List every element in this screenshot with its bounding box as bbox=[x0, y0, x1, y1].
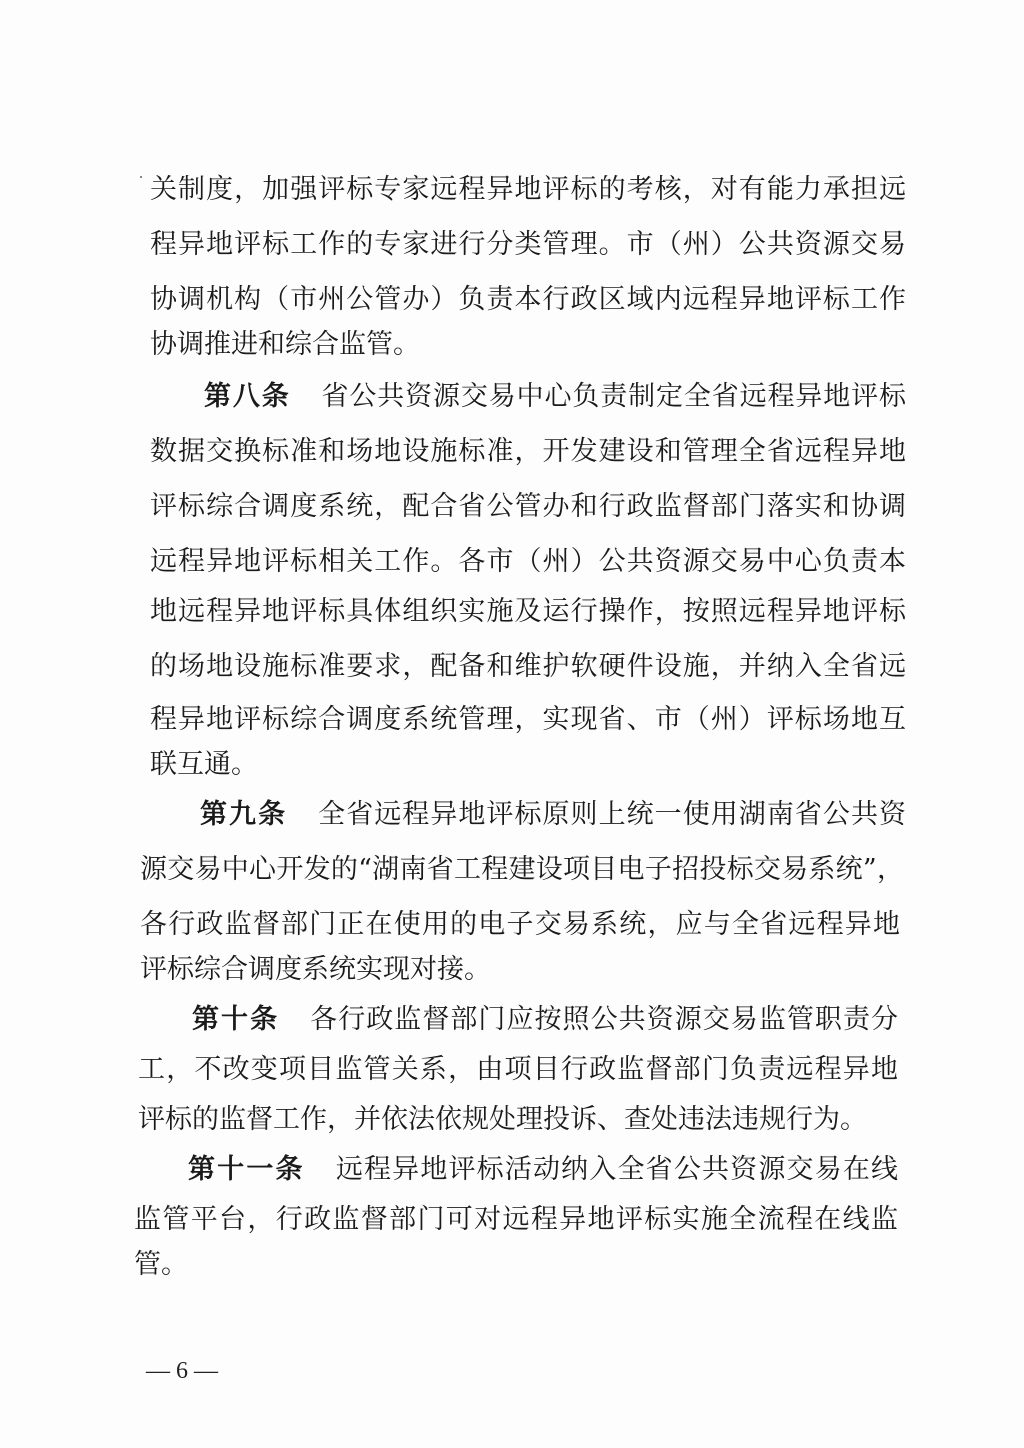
article-text: 全省远程异地评标原则上统一使用湖南省公共资 bbox=[317, 799, 906, 830]
document-page: 关制度，加强评标专家远程异地评标的考核，对有能力承担远 程异地评标工作的专家进行… bbox=[0, 0, 1024, 1448]
article-heading: 第十一条 bbox=[188, 1154, 305, 1185]
scan-speck bbox=[140, 176, 142, 178]
article-heading: 第十条 bbox=[192, 1004, 279, 1035]
text-line: 工，不改变项目监管关系，由项目行政监督部门负责远程异地 bbox=[138, 1050, 898, 1090]
text-line: 程异地评标综合调度系统管理，实现省、市（州）评标场地互 bbox=[150, 700, 906, 740]
article-heading: 第九条 bbox=[200, 799, 287, 830]
article-text: 省公共资源交易中心负责制定全省远程异地评标 bbox=[321, 381, 906, 412]
article-text: 远程异地评标活动纳入全省公共资源交易在线 bbox=[335, 1154, 898, 1185]
text-line: 协调推进和综合监管。 bbox=[150, 325, 906, 365]
article-text: 各行政监督部门应按照公共资源交易监管职责分 bbox=[309, 1004, 898, 1035]
text-line: 评标综合调度系统，配合省公管办和行政监督部门落实和协调 bbox=[150, 487, 906, 527]
text-line: 评标综合调度系统实现对接。 bbox=[140, 950, 900, 990]
text-line: 的场地设施标准要求，配备和维护软硬件设施，并纳入全省远 bbox=[150, 647, 906, 687]
article-heading: 第八条 bbox=[204, 381, 291, 412]
article-11-first-line: 第十一条远程异地评标活动纳入全省公共资源交易在线 bbox=[188, 1150, 898, 1190]
text-line: 程异地评标工作的专家进行分类管理。市（州）公共资源交易 bbox=[150, 225, 906, 265]
text-line: 管。 bbox=[134, 1245, 898, 1285]
article-8-first-line: 第八条省公共资源交易中心负责制定全省远程异地评标 bbox=[204, 377, 906, 417]
page-number: — 6 — bbox=[146, 1356, 218, 1386]
text-line: 评标的监督工作，并依法依规处理投诉、查处违法违规行为。 bbox=[138, 1100, 898, 1140]
article-9-first-line: 第九条全省远程异地评标原则上统一使用湖南省公共资 bbox=[200, 795, 906, 835]
text-line: 联互通。 bbox=[150, 745, 906, 785]
article-10-first-line: 第十条各行政监督部门应按照公共资源交易监管职责分 bbox=[192, 1000, 898, 1040]
text-line: 源交易中心开发的“湖南省工程建设项目电子招投标交易系统”， bbox=[140, 850, 904, 890]
text-line: 监管平台，行政监督部门可对远程异地评标实施全流程在线监 bbox=[134, 1200, 898, 1240]
text-line: 协调机构（市州公管办）负责本行政区域内远程异地评标工作 bbox=[150, 280, 906, 320]
text-line: 数据交换标准和场地设施标准，开发建设和管理全省远程异地 bbox=[150, 432, 906, 472]
text-line: 各行政监督部门正在使用的电子交易系统，应与全省远程异地 bbox=[140, 905, 900, 945]
text-line: 地远程异地评标具体组织实施及运行操作，按照远程异地评标 bbox=[150, 592, 906, 632]
text-line: 关制度，加强评标专家远程异地评标的考核，对有能力承担远 bbox=[150, 170, 906, 210]
text-line: 远程异地评标相关工作。各市（州）公共资源交易中心负责本 bbox=[150, 542, 906, 582]
